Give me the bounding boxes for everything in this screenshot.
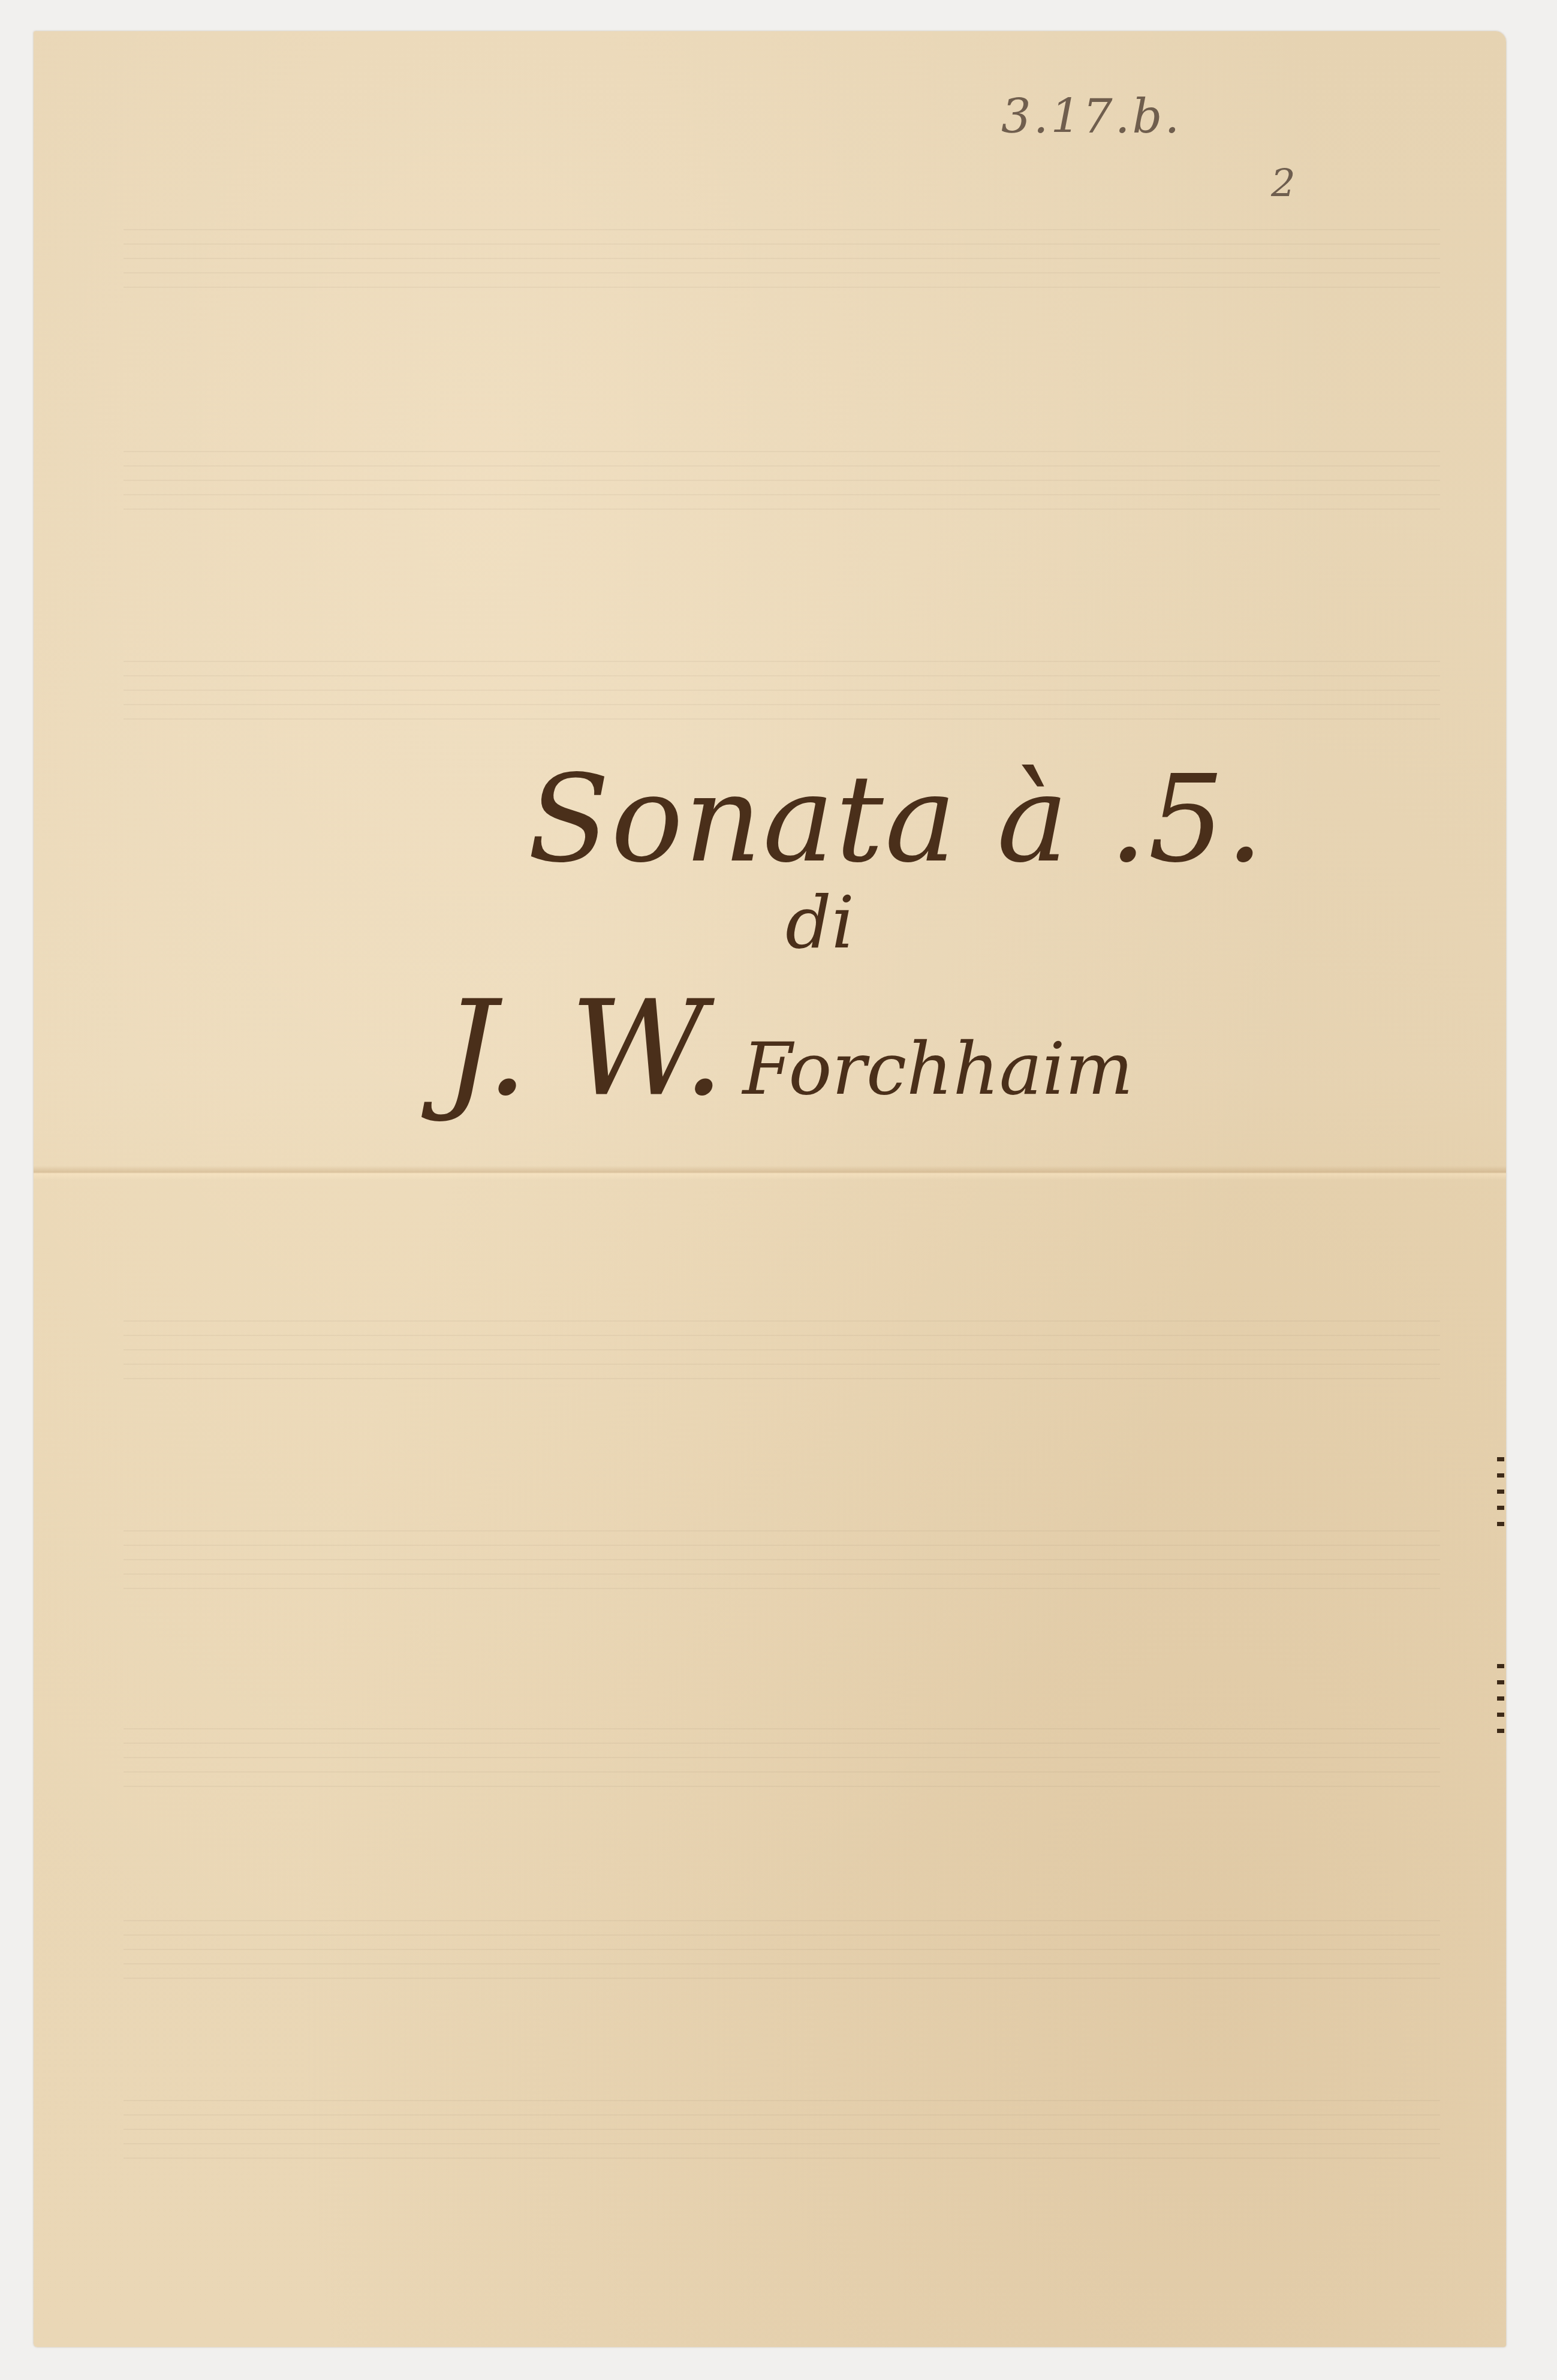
bleed-through-staff bbox=[124, 1530, 1440, 1602]
archive-shelfmark: 3.17.b. bbox=[1001, 90, 1182, 144]
bleed-through-staff bbox=[124, 1320, 1440, 1392]
bleed-through-staff bbox=[124, 2100, 1440, 2172]
bleed-through-staff bbox=[124, 229, 1440, 301]
composer-name: J. W.Forchhaim bbox=[444, 971, 1133, 1125]
attribution-di: di bbox=[785, 881, 854, 965]
composer-initials: J. W. bbox=[444, 971, 725, 1125]
bleed-through-staff bbox=[124, 1728, 1440, 1800]
binding-stitch-marks bbox=[1497, 1457, 1505, 2177]
bleed-through-staff bbox=[124, 1920, 1440, 1992]
folio-number: 2 bbox=[1271, 162, 1296, 206]
paper-fold-line bbox=[34, 1166, 1506, 1180]
manuscript-page bbox=[34, 31, 1506, 2347]
work-title: Sonata à .5. bbox=[528, 750, 1265, 889]
bleed-through-staff bbox=[124, 661, 1440, 733]
bleed-through-staff bbox=[124, 451, 1440, 523]
composer-surname: Forchhaim bbox=[743, 1028, 1134, 1111]
